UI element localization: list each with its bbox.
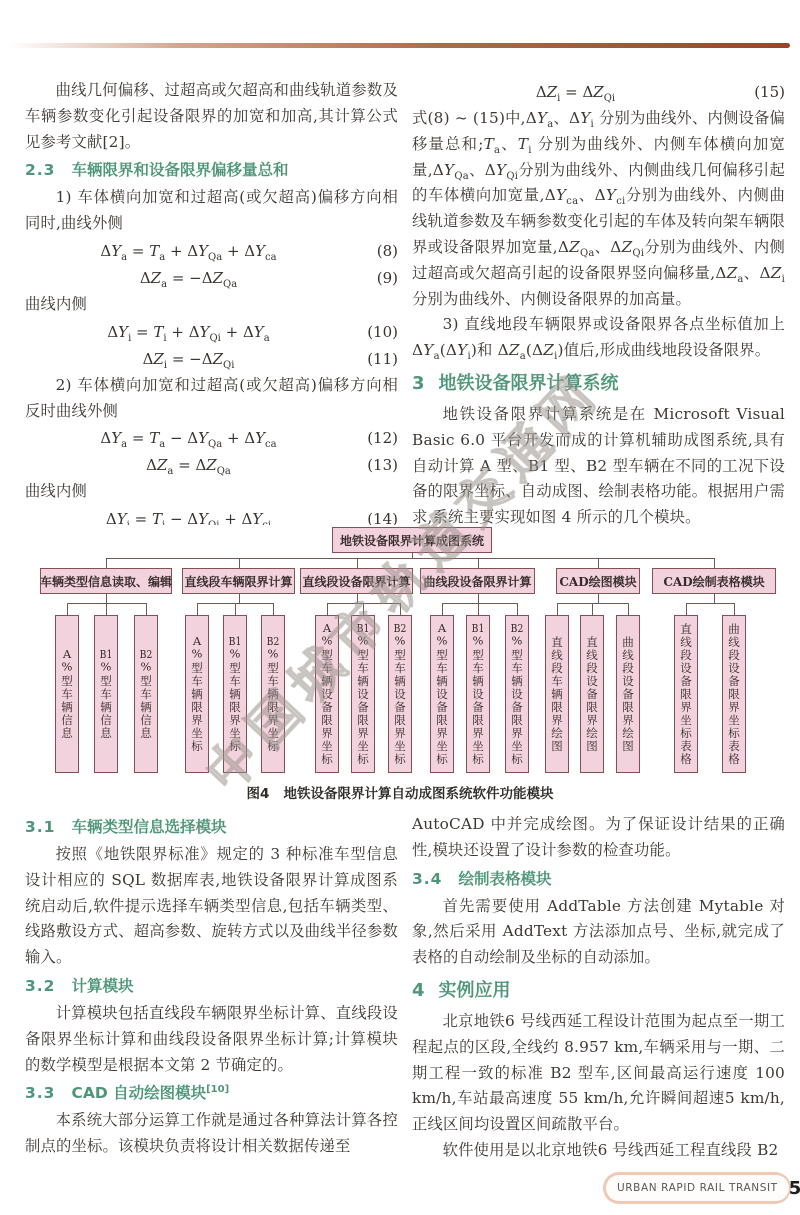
figure-leaf-node: A%型车辆信息 (55, 615, 79, 773)
equation-body: ΔYa = Ta + ΔYQa + ΔYca (25, 238, 352, 264)
figure-connector (714, 558, 715, 568)
paragraph-3-2: 计算模块包括直线段车辆限界坐标计算、直线段设备限界坐标计算和曲线段设备限界坐标计… (25, 1001, 398, 1078)
equation-number: (8) (352, 238, 398, 264)
figure-canvas: 地铁设备限界计算成图系统车辆类型信息读取、编辑A%型车辆信息B1%型车辆信息B2… (25, 525, 785, 783)
figure-connector (357, 558, 358, 568)
footer: URBAN RAPID RAIL TRANSIT 55 (603, 1172, 791, 1204)
figure-caption-label: 图4 (247, 786, 270, 802)
figure-connector (67, 603, 68, 615)
equation-13: ΔZa = ΔZQa(13) (25, 452, 398, 478)
equation-14: ΔYi = Ti − ΔYQi + ΔYci(14) (25, 506, 398, 525)
equation-number: (11) (352, 346, 398, 372)
label-inner-curve: 曲线内侧 (25, 479, 398, 505)
figure-connector (517, 603, 518, 615)
paragraph-symbol-definitions: 式(8) ~ (15)中,ΔYa、ΔYi 分别为曲线外、内侧设备偏移量总和;Ta… (412, 106, 785, 312)
figure-connector (235, 603, 236, 615)
paragraph-4-2: 软件使用是以北京地铁6 号线西延工程直线段 B2 (412, 1138, 785, 1164)
figure-connector (239, 558, 240, 568)
heading-number: 3.1 (25, 818, 55, 836)
figure-connector (686, 603, 687, 615)
heading-number: 4 (412, 980, 425, 1001)
heading-3-1: 3.1车辆类型信息选择模块 (25, 815, 398, 840)
figure-module-node: 直线段设备限界计算 (300, 568, 413, 594)
heading-3-3: 3.3CAD 自动绘图模块[10] (25, 1081, 398, 1106)
figure-connector (598, 594, 599, 603)
heading-3: 3地铁设备限界计算系统 (412, 370, 785, 398)
figure-connector (239, 594, 240, 603)
upper-left-column: 曲线几何偏移、过超高或欠超高和曲线轨道参数及车辆参数变化引起设备限界的加宽和加高… (25, 78, 398, 525)
figure-leaf-node: 曲线段设备限界坐标表格 (722, 615, 746, 773)
heading-title: 车辆限界和设备限界偏移量总和 (71, 161, 288, 179)
figure-connector (714, 594, 715, 603)
figure-leaf-node: A%型车辆设备限界坐标 (315, 615, 339, 773)
figure-connector (106, 558, 107, 568)
paragraph-item1: 1) 车体横向加宽和过超高(或欠超高)偏移方向相同时,曲线外侧 (25, 185, 398, 237)
heading-title: 绘制表格模块 (458, 870, 551, 888)
figure-leaf-node: 直线段设备限界坐标表格 (674, 615, 698, 773)
figure-leaf-node: 曲线段设备限界绘图 (616, 615, 640, 773)
figure-connector (106, 603, 107, 615)
heading-number: 3.3 (25, 1084, 55, 1102)
figure-leaf-node: B1%型车辆信息 (94, 615, 118, 773)
heading-number: 3.2 (25, 977, 55, 995)
equation-8: ΔYa = Ta + ΔYQa + ΔYca(8) (25, 238, 398, 264)
figure-leaf-node: B2%型车辆设备限界坐标 (505, 615, 529, 773)
figure-connector (628, 603, 629, 615)
label-inner-curve: 曲线内侧 (25, 292, 398, 318)
equation-body: ΔYi = Ti + ΔYQi + ΔYa (25, 319, 352, 345)
equation-body: ΔZi = −ΔZQi (25, 346, 352, 372)
figure-connector (363, 603, 364, 615)
figure-connector (478, 558, 479, 568)
figure-leaf-node: B1%型车辆限界坐标 (223, 615, 247, 773)
figure-connector (478, 603, 479, 615)
top-gradient-rule (10, 43, 790, 48)
figure-leaf-node: A%型车辆设备限界坐标 (430, 615, 454, 773)
figure-connector (357, 594, 358, 603)
equation-body: ΔYi = Ti − ΔYQi + ΔYci (25, 506, 352, 525)
paragraph-3-1: 按照《地铁限界标准》规定的 3 种标准车型信息设计相应的 SQL 数据库表,地铁… (25, 842, 398, 971)
figure-connector (273, 603, 274, 615)
figure-connector (442, 603, 517, 604)
paragraph-3-4: 首先需要使用 AddTable 方法创建 Mytable 对象,然后采用 Add… (412, 894, 785, 971)
heading-title: 地铁设备限界计算系统 (439, 373, 619, 394)
equation-number: (14) (352, 506, 398, 525)
paragraph-4-1: 北京地铁6 号线西延工程设计范围为起点至一期工程起点的区段,全线约 8.957 … (412, 1009, 785, 1138)
paragraph-3-3-continued: AutoCAD 中并完成绘图。为了保证设计结果的正确性,模块还设置了设计参数的检… (412, 812, 785, 864)
footer-journal-name: URBAN RAPID RAIL TRANSIT (606, 1175, 789, 1201)
equation-15: ΔZi = ΔZQi(15) (412, 79, 785, 105)
heading-3-2: 3.2计算模块 (25, 974, 398, 999)
heading-3-4: 3.4绘制表格模块 (412, 867, 785, 892)
heading-number: 3 (412, 373, 425, 394)
paragraph-item2: 2) 车体横向加宽和过超高(或欠超高)偏移方向相反时曲线外侧 (25, 373, 398, 425)
heading-title: CAD 自动绘图模块[10] (71, 1084, 229, 1102)
figure-module-node: 直线段车辆限界计算 (182, 568, 295, 594)
paragraph-intro: 曲线几何偏移、过超高或欠超高和曲线轨道参数及车辆参数变化引起设备限界的加宽和加高… (25, 78, 398, 155)
heading-4: 4实例应用 (412, 977, 785, 1005)
figure-caption: 图4地铁设备限界计算自动成图系统软件功能模块 (0, 782, 800, 802)
journal-page: 曲线几何偏移、过超高或欠超高和曲线轨道参数及车辆参数变化引起设备限界的加宽和加高… (0, 0, 800, 1215)
equation-body: ΔZa = −ΔZQa (25, 265, 352, 291)
figure-connector (686, 603, 734, 604)
paragraph-system: 地铁设备限界计算系统是在 Microsoft Visual Basic 6.0 … (412, 402, 785, 525)
figure-connector (478, 594, 479, 603)
heading-title: 车辆类型信息选择模块 (71, 818, 226, 836)
equation-10: ΔYi = Ti + ΔYQi + ΔYa(10) (25, 319, 398, 345)
paragraph-item3: 3) 直线地段车辆限界或设备限界各点坐标值加上ΔYa(ΔYi)和 ΔZa(ΔZi… (412, 312, 785, 364)
figure-connector (442, 603, 443, 615)
lower-columns: 3.1车辆类型信息选择模块 按照《地铁限界标准》规定的 3 种标准车型信息设计相… (25, 812, 785, 1172)
equation-number: (10) (352, 319, 398, 345)
figure-connector (598, 558, 599, 568)
equation-12: ΔYa = Ta − ΔYQa + ΔYca(12) (25, 425, 398, 451)
figure-caption-text: 地铁设备限界计算自动成图系统软件功能模块 (283, 786, 553, 802)
upper-columns: 曲线几何偏移、过超高或欠超高和曲线轨道参数及车辆参数变化引起设备限界的加宽和加高… (25, 78, 785, 525)
equation-11: ΔZi = −ΔZQi(11) (25, 346, 398, 372)
figure-connector (734, 603, 735, 615)
figure-connector (557, 603, 558, 615)
paragraph-3-3: 本系统大部分运算工作就是通过各种算法计算各控制点的坐标。该模块负责将设计相关数据… (25, 1108, 398, 1160)
figure-connector (592, 603, 593, 615)
figure-leaf-node: B2%型车辆限界坐标 (261, 615, 285, 773)
lower-left-column: 3.1车辆类型信息选择模块 按照《地铁限界标准》规定的 3 种标准车型信息设计相… (25, 812, 398, 1172)
equation-number: (12) (352, 425, 398, 451)
heading-title: 计算模块 (71, 977, 133, 995)
heading-number: 2.3 (25, 161, 55, 179)
footer-page-number: 55 (789, 1178, 800, 1199)
figure-connector (197, 603, 198, 615)
figure-module-node: 车辆类型信息读取、编辑 (40, 568, 172, 594)
heading-number: 3.4 (412, 870, 442, 888)
equation-number: (13) (352, 452, 398, 478)
figure-leaf-node: B2%型车辆信息 (134, 615, 158, 773)
figure-leaf-node: B1%型车辆设备限界坐标 (351, 615, 375, 773)
figure-module-node: 曲线段设备限界计算 (420, 568, 535, 594)
equation-body: ΔYa = Ta − ΔYQa + ΔYca (25, 425, 352, 451)
figure-leaf-node: 直线段车辆限界绘图 (545, 615, 569, 773)
figure-leaf-node: A%型车辆限界坐标 (185, 615, 209, 773)
figure-connector (327, 603, 328, 615)
figure-root-node: 地铁设备限界计算成图系统 (332, 527, 492, 553)
equation-9: ΔZa = −ΔZQa(9) (25, 265, 398, 291)
figure-module-node: CAD绘制表格模块 (652, 568, 776, 594)
lower-right-column: AutoCAD 中并完成绘图。为了保证设计结果的正确性,模块还设置了设计参数的检… (412, 812, 785, 1172)
upper-right-column: ΔZi = ΔZQi(15) 式(8) ~ (15)中,ΔYa、ΔYi 分别为曲… (412, 78, 785, 525)
equation-body: ΔZa = ΔZQa (25, 452, 352, 478)
figure-leaf-node: B1%型车辆设备限界坐标 (466, 615, 490, 773)
heading-2-3: 2.3车辆限界和设备限界偏移量总和 (25, 158, 398, 183)
heading-title: 实例应用 (439, 980, 511, 1001)
equation-body: ΔZi = ΔZQi (412, 79, 739, 105)
figure-connector (400, 603, 401, 615)
equation-number: (15) (739, 79, 785, 105)
figure-connector (146, 603, 147, 615)
figure-leaf-node: B2%型车辆设备限界坐标 (388, 615, 412, 773)
figure-leaf-node: 直线段设备限界绘图 (580, 615, 604, 773)
figure-module-node: CAD绘图模块 (556, 568, 640, 594)
figure-connector (106, 558, 714, 559)
equation-number: (9) (352, 265, 398, 291)
figure-connector (106, 594, 107, 603)
